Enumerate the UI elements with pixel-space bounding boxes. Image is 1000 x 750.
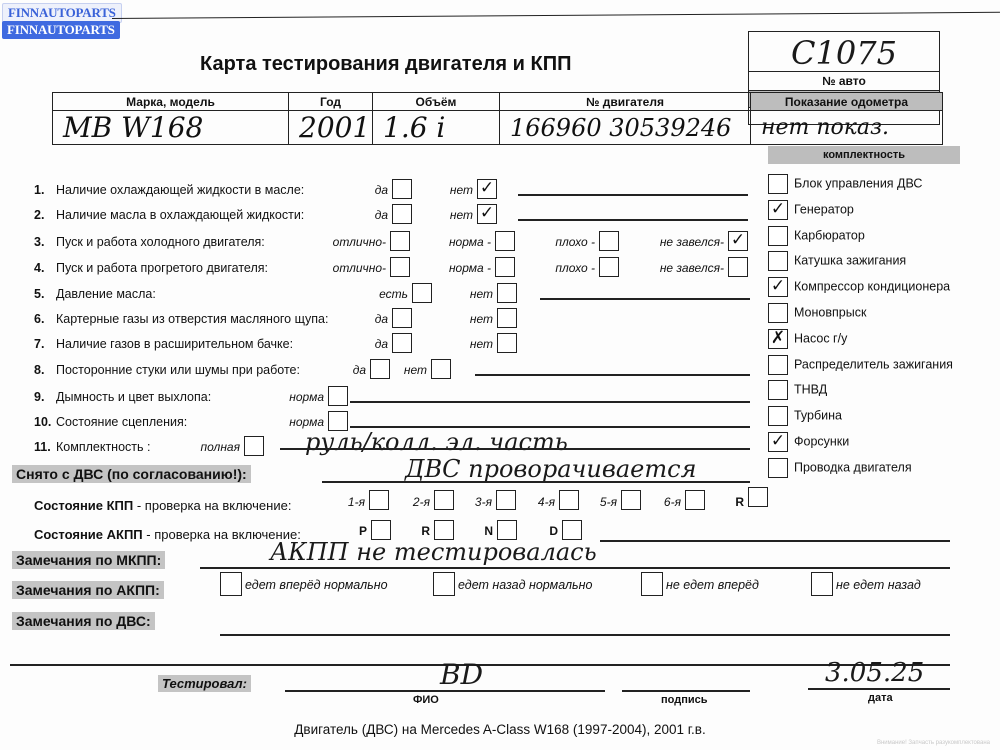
komplekt-note[interactable]: руль/колл. эл. часть <box>305 428 568 456</box>
kpp-gear-checkbox[interactable] <box>369 490 389 510</box>
komplekt-label: Моновпрыск <box>794 305 866 319</box>
option-label: норма - <box>449 261 491 275</box>
komplekt-checkbox[interactable]: ✗ <box>768 329 788 349</box>
option-label: нет <box>404 363 427 377</box>
kpp-gear-checkbox[interactable] <box>559 490 579 510</box>
akpp-position-checkbox[interactable] <box>497 520 517 540</box>
option-checkbox[interactable] <box>495 257 515 277</box>
header-engine-number: № двигателя <box>500 93 751 111</box>
date-value[interactable]: 3.05.25 <box>825 658 924 688</box>
fio-line <box>285 690 605 692</box>
option-label: не завелся- <box>660 235 724 249</box>
akpp-remark-label: едет назад нормально <box>458 578 592 592</box>
kpp-gear-checkbox[interactable] <box>434 490 454 510</box>
question-number: 3. <box>34 235 56 249</box>
kpp-gear-checkbox[interactable] <box>748 487 768 507</box>
brand-logo-top: FINNAUTOPARTS <box>2 3 122 23</box>
option-label: норма <box>289 390 324 404</box>
akpp-position-label: N <box>484 524 493 538</box>
option-checkbox[interactable] <box>431 359 451 379</box>
komplekt-note-line <box>280 448 750 450</box>
komplekt-checkbox[interactable] <box>768 303 788 323</box>
kpp-gear-label: 6-я <box>664 495 681 509</box>
option-label: есть <box>379 287 408 301</box>
answer-line <box>350 401 750 403</box>
fio-value[interactable]: BD <box>440 658 483 691</box>
option-checkbox[interactable]: ✓ <box>728 231 748 251</box>
option-label: нет <box>450 183 473 197</box>
removed-value[interactable]: ДВС проворачивается <box>405 455 696 483</box>
kpp-gear-checkbox[interactable] <box>685 490 705 510</box>
tested-label: Тестировал: <box>158 675 251 692</box>
question-7: 7.Наличие газов в расширительном бачке: <box>34 337 293 351</box>
komplekt-item: Проводка двигателя <box>768 458 912 478</box>
komplekt-item: ✓Компрессор кондиционера <box>768 277 950 297</box>
remarks-mkpp-line <box>200 567 950 569</box>
value-odometer[interactable]: нет показ. <box>751 111 943 145</box>
komplekt-item: Моновпрыск <box>768 303 866 323</box>
akpp-position-label: P <box>359 524 367 538</box>
akpp-position-checkbox[interactable] <box>562 520 582 540</box>
komplekt-checkbox[interactable]: ✓ <box>768 200 788 220</box>
question-6: 6.Картерные газы из отверстия масляного … <box>34 312 328 326</box>
header-year: Год <box>289 93 373 111</box>
option-label: плохо - <box>555 235 595 249</box>
option-checkbox[interactable]: ✓ <box>477 204 497 224</box>
sign-line <box>622 690 750 692</box>
option-label: да <box>353 363 366 377</box>
question-10: 10.Состояние сцепления: <box>34 415 187 429</box>
option-checkbox[interactable]: ✓ <box>477 179 497 199</box>
komplekt-label: Насос г/у <box>794 331 847 345</box>
komplekt-item: Турбина <box>768 406 842 426</box>
value-year[interactable]: 2001 <box>289 111 373 145</box>
fio-label: ФИО <box>413 694 439 706</box>
komplekt-checkbox[interactable] <box>768 380 788 400</box>
komplekt-label: Распределитель зажигания <box>794 357 953 371</box>
option-label: полная <box>201 440 240 454</box>
option-label: нет <box>470 287 493 301</box>
option-checkbox[interactable] <box>495 231 515 251</box>
question-1: 1.Наличие охлаждающей жидкости в масле: <box>34 183 304 197</box>
option-checkbox[interactable] <box>392 308 412 328</box>
option-label: да <box>375 312 388 326</box>
question-text: Пуск и работа прогретого двигателя: <box>56 261 268 275</box>
kpp-gear-checkbox[interactable] <box>496 490 516 510</box>
photo-caption: Двигатель (ДВС) на Mercedes A-Class W168… <box>0 722 1000 737</box>
komplekt-label: ТНВД <box>794 383 827 397</box>
question-text: Комплектность : <box>56 440 150 454</box>
option-label: да <box>375 208 388 222</box>
komplekt-label: Блок управления ДВС <box>794 176 922 190</box>
komplekt-label: Катушка зажигания <box>794 254 906 268</box>
komplekt-label: Проводка двигателя <box>794 460 912 474</box>
option-label: отлично- <box>333 261 386 275</box>
top-divider <box>112 12 1000 19</box>
question-text: Давление масла: <box>56 287 156 301</box>
header-make-model: Марка, модель <box>53 93 289 111</box>
komplekt-checkbox[interactable] <box>768 226 788 246</box>
komplekt-item: Катушка зажигания <box>768 251 906 271</box>
kpp-gear-checkbox[interactable] <box>621 490 641 510</box>
question-number: 1. <box>34 183 56 197</box>
option-checkbox[interactable] <box>244 436 264 456</box>
option-checkbox[interactable] <box>392 204 412 224</box>
option-label: да <box>375 337 388 351</box>
question-4: 4.Пуск и работа прогретого двигателя: <box>34 261 268 275</box>
date-line <box>808 688 950 690</box>
komplekt-item: Распределитель зажигания <box>768 355 953 375</box>
value-make-model[interactable]: MB W168 <box>53 111 289 145</box>
option-checkbox[interactable] <box>390 231 410 251</box>
option-checkbox[interactable] <box>599 257 619 277</box>
option-label: нет <box>470 312 493 326</box>
akpp-label: Состояние АКПП - проверка на включение: <box>34 527 301 542</box>
option-checkbox[interactable] <box>728 257 748 277</box>
watermark: Внимание! Запчасть разукомплектована <box>877 740 990 746</box>
option-label: отлично- <box>333 235 386 249</box>
question-text: Картерные газы из отверстия масляного щу… <box>56 312 328 326</box>
kpp-gear-label: 5-я <box>600 495 617 509</box>
komplekt-checkbox[interactable]: ✓ <box>768 432 788 452</box>
remarks-dvs-line <box>220 634 950 636</box>
komplekt-label: Карбюратор <box>794 228 865 242</box>
komplekt-checkbox[interactable] <box>768 406 788 426</box>
komplekt-checkbox[interactable] <box>768 458 788 478</box>
komplekt-checkbox[interactable] <box>768 355 788 375</box>
komplekt-label: Компрессор кондиционера <box>794 279 950 293</box>
question-number: 6. <box>34 312 56 326</box>
komplekt-item: Карбюратор <box>768 226 865 246</box>
option-checkbox[interactable] <box>370 359 390 379</box>
header-volume: Объём <box>373 93 500 111</box>
removed-line <box>322 481 750 483</box>
komplekt-item: ТНВД <box>768 380 827 400</box>
option-label: нет <box>450 208 473 222</box>
remarks-mkpp-label: Замечания по МКПП: <box>12 551 165 569</box>
kpp-gear-label: 2-я <box>413 495 430 509</box>
question-text: Наличие масла в охлаждающей жидкости: <box>56 208 304 222</box>
question-9: 9.Дымность и цвет выхлопа: <box>34 390 211 404</box>
kpp-gear-label: 4-я <box>538 495 555 509</box>
komplekt-item: ✓Форсунки <box>768 432 849 452</box>
value-engine-number[interactable]: 166960 30539246 <box>500 111 751 145</box>
answer-line <box>540 298 750 300</box>
value-volume[interactable]: 1.6 i <box>373 111 500 145</box>
answer-line <box>475 374 750 376</box>
akpp-position-label: D <box>549 524 558 538</box>
auto-number-value: C1075 <box>749 34 939 72</box>
date-label: дата <box>868 692 893 704</box>
question-text: Дымность и цвет выхлопа: <box>56 390 211 404</box>
komplekt-checkbox[interactable] <box>768 174 788 194</box>
option-label: норма <box>289 415 324 429</box>
page-title: Карта тестирования двигателя и КПП <box>200 53 571 76</box>
question-number: 9. <box>34 390 56 404</box>
question-2: 2.Наличие масла в охлаждающей жидкости: <box>34 208 304 222</box>
akpp-remark-checkbox[interactable] <box>641 572 663 596</box>
komplekt-checkbox[interactable] <box>768 251 788 271</box>
option-checkbox[interactable] <box>390 257 410 277</box>
remarks-dvs-label: Замечания по ДВС: <box>12 612 155 630</box>
akpp-position-checkbox[interactable] <box>434 520 454 540</box>
option-label: нет <box>470 337 493 351</box>
question-text: Наличие охлаждающей жидкости в масле: <box>56 183 304 197</box>
question-11: 11.Комплектность : <box>34 440 150 454</box>
question-number: 4. <box>34 261 56 275</box>
option-label: плохо - <box>555 261 595 275</box>
akpp-position-checkbox[interactable] <box>371 520 391 540</box>
akpp-remark-checkbox[interactable] <box>433 572 455 596</box>
removed-label: Снято с ДВС (по согласованию!): <box>12 465 251 483</box>
kpp-gear-label: 3-я <box>475 495 492 509</box>
option-checkbox[interactable] <box>392 179 412 199</box>
komplekt-item: ✓Генератор <box>768 200 854 220</box>
akpp-remark-checkbox[interactable] <box>811 572 833 596</box>
option-checkbox[interactable] <box>599 231 619 251</box>
option-checkbox[interactable] <box>497 333 517 353</box>
question-number: 5. <box>34 287 56 301</box>
akpp-position-label: R <box>421 524 430 538</box>
akpp-remark-label: едет вперёд нормально <box>245 578 388 592</box>
komplekt-label: Генератор <box>794 202 854 216</box>
option-checkbox[interactable] <box>497 283 517 303</box>
akpp-line <box>600 540 950 542</box>
kpp-label: Состояние КПП - проверка на включение: <box>34 498 291 513</box>
question-number: 2. <box>34 208 56 222</box>
answer-line <box>518 219 748 221</box>
question-text: Пуск и работа холодного двигателя: <box>56 235 265 249</box>
header-odometer: Показание одометра <box>751 93 943 111</box>
auto-number-label: № авто <box>749 72 939 91</box>
komplekt-label: Турбина <box>794 408 842 422</box>
akpp-remark-checkbox[interactable] <box>220 572 242 596</box>
brand-logo-bottom: FINNAUTOPARTS <box>2 21 120 39</box>
option-label: норма - <box>449 235 491 249</box>
option-checkbox[interactable] <box>328 386 348 406</box>
akpp-remark-label: не едет вперёд <box>666 578 759 592</box>
option-checkbox[interactable] <box>497 308 517 328</box>
answer-line <box>518 194 748 196</box>
remarks-akpp-label: Замечания по АКПП: <box>12 581 164 599</box>
option-checkbox[interactable] <box>392 333 412 353</box>
option-checkbox[interactable] <box>412 283 432 303</box>
question-number: 8. <box>34 363 56 377</box>
question-3: 3.Пуск и работа холодного двигателя: <box>34 235 265 249</box>
komplekt-checkbox[interactable]: ✓ <box>768 277 788 297</box>
question-number: 10. <box>34 415 56 429</box>
sign-label: подпись <box>661 694 708 706</box>
kpp-gear-label: R <box>735 495 744 509</box>
question-text: Наличие газов в расширительном бачке: <box>56 337 293 351</box>
vehicle-info-table: Марка, модель Год Объём № двигателя Пока… <box>52 92 943 145</box>
komplekt-item: ✗Насос г/у <box>768 329 847 349</box>
question-number: 7. <box>34 337 56 351</box>
remarks-mkpp-value[interactable]: АКПП не тестировалась <box>270 538 597 566</box>
option-label: не завелся- <box>660 261 724 275</box>
komplekt-item: Блок управления ДВС <box>768 174 922 194</box>
option-label: да <box>375 183 388 197</box>
question-5: 5.Давление масла: <box>34 287 156 301</box>
question-number: 11. <box>34 440 56 454</box>
question-text: Состояние сцепления: <box>56 415 187 429</box>
question-text: Посторонние стуки или шумы при работе: <box>56 363 300 377</box>
komplekt-label: Форсунки <box>794 434 849 448</box>
komplekt-header: комплектность <box>768 146 960 164</box>
kpp-gear-label: 1-я <box>348 495 365 509</box>
question-8: 8.Посторонние стуки или шумы при работе: <box>34 363 300 377</box>
akpp-remark-label: не едет назад <box>836 578 921 592</box>
